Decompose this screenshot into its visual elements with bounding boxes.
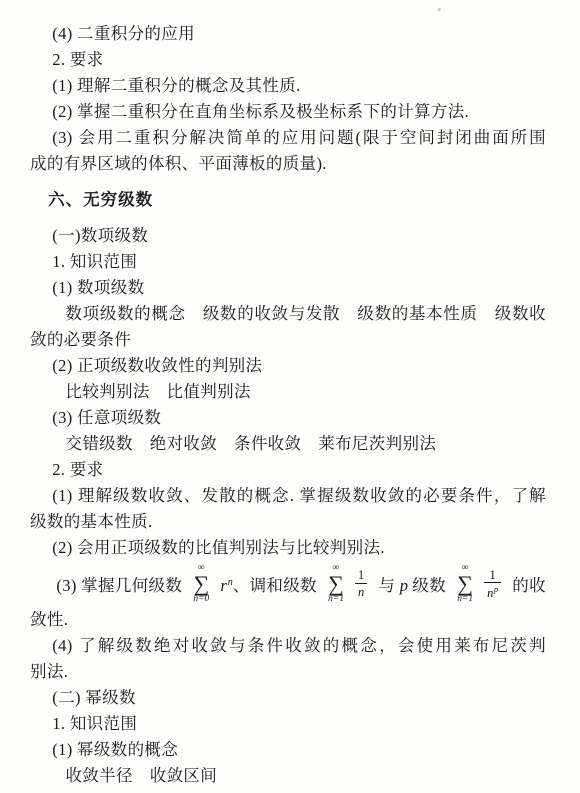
line-ns-scope1-keywords-part1: 数项级数的概念 级数的收敛与发散 级数的基本性质 级数收 [30, 301, 546, 327]
line-ns-req4-part2: 别法. [30, 659, 546, 685]
geometric-term-and-harmonic-label: rn、调和级数 [220, 572, 317, 596]
sigma-symbol: ∑ [328, 574, 344, 595]
fraction-one-over-n-power-p: 1 np [484, 568, 501, 600]
sum-lower-limit: n=0 [193, 594, 209, 605]
fraction-numerator: 1 [487, 568, 499, 582]
fraction-one-over-n: 1 n [355, 568, 367, 599]
sigma-symbol: ∑ [193, 574, 209, 595]
line-ps-scope1-title: (1) 幂级数的概念 [30, 737, 546, 763]
sum-harmonic-series: ∞ ∑ n=1 [328, 563, 344, 606]
line-ns-requirements-label: 2. 要求 [30, 457, 546, 483]
line-ns-scope1-title: (1) 数项级数 [30, 275, 546, 301]
fraction-denominator: np [484, 582, 501, 600]
line-ps-scope-label: 1. 知识范围 [30, 711, 546, 737]
sum-lower-limit: n=1 [328, 594, 344, 605]
line-number-series-title: (一)数项级数 [30, 223, 546, 249]
line-ns-req2: (2) 会用正项级数的比值判别法与比较判别法. [30, 535, 546, 561]
line-di-req2: (2) 掌握二重积分在直角坐标系及极坐标系下的计算方法. [30, 99, 546, 125]
section-heading-infinite-series: 六、无穷级数 [30, 187, 546, 213]
line-power-series-title: (二) 幂级数 [30, 685, 546, 711]
p-series-label: 与 p 级数 [378, 572, 446, 596]
line-ns-req3-formula: (3) 掌握几何级数 ∞ ∑ n=0 rn、调和级数 ∞ ∑ n=1 1 n 与… [30, 561, 546, 607]
line-di-req3-part2: 成的有界区域的体积、平面薄板的质量). [30, 151, 546, 177]
formula-tail-text: 的收 [512, 572, 546, 596]
line-ns-req3-continuation: 敛性. [30, 607, 546, 633]
line-ps-scope1-keywords: 收敛半径 收敛区间 [30, 763, 546, 789]
line-di-scope-item4: (4) 二重积分的应用 [30, 21, 546, 47]
p-symbol: p [400, 576, 408, 595]
sum-p-series: ∞ ∑ n=1 [457, 563, 473, 606]
line-ns-req1-part2: 级数的基本性质. [30, 509, 546, 535]
line-ns-req4-part1: (4) 了解级数绝对收敛与条件收敛的概念，会使用莱布尼茨判 [30, 633, 546, 659]
formula-lead-text: (3) 掌握几何级数 [56, 572, 182, 596]
geometric-term-base: r [220, 576, 226, 595]
fraction-denominator: n [355, 583, 367, 600]
line-di-req3-part1: (3) 会用二重积分解决简单的应用问题(限于空间封闭曲面所围 [30, 125, 546, 151]
fraction-numerator: 1 [355, 568, 367, 582]
line-di-req1: (1) 理解二重积分的概念及其性质. [30, 73, 546, 99]
scan-speck [438, 8, 441, 11]
line-ns-scope2-title: (2) 正项级数收敛性的判别法 [30, 353, 546, 379]
sum-geometric-series: ∞ ∑ n=0 [193, 563, 209, 606]
line-ns-scope-label: 1. 知识范围 [30, 249, 546, 275]
denominator-exponent: p [494, 584, 498, 594]
sigma-symbol: ∑ [457, 574, 473, 595]
line-ns-scope3-title: (3) 任意项级数 [30, 405, 546, 431]
line-di-requirements-label: 2. 要求 [30, 47, 546, 73]
line-ns-scope3-keywords: 交错级数 绝对收敛 条件收敛 莱布尼茨判别法 [30, 431, 546, 457]
line-ns-req1-part1: (1) 理解级数收敛、发散的概念. 掌握级数收敛的必要条件，了解 [30, 483, 546, 509]
sum-lower-limit: n=1 [457, 594, 473, 605]
harmonic-series-label: 、调和级数 [233, 576, 317, 595]
line-ns-scope2-keywords: 比较判别法 比值判别法 [30, 379, 546, 405]
scanned-document-page: (4) 二重积分的应用 2. 要求 (1) 理解二重积分的概念及其性质. (2)… [0, 0, 580, 793]
line-ns-scope1-keywords-part2: 敛的必要条件 [30, 327, 546, 353]
